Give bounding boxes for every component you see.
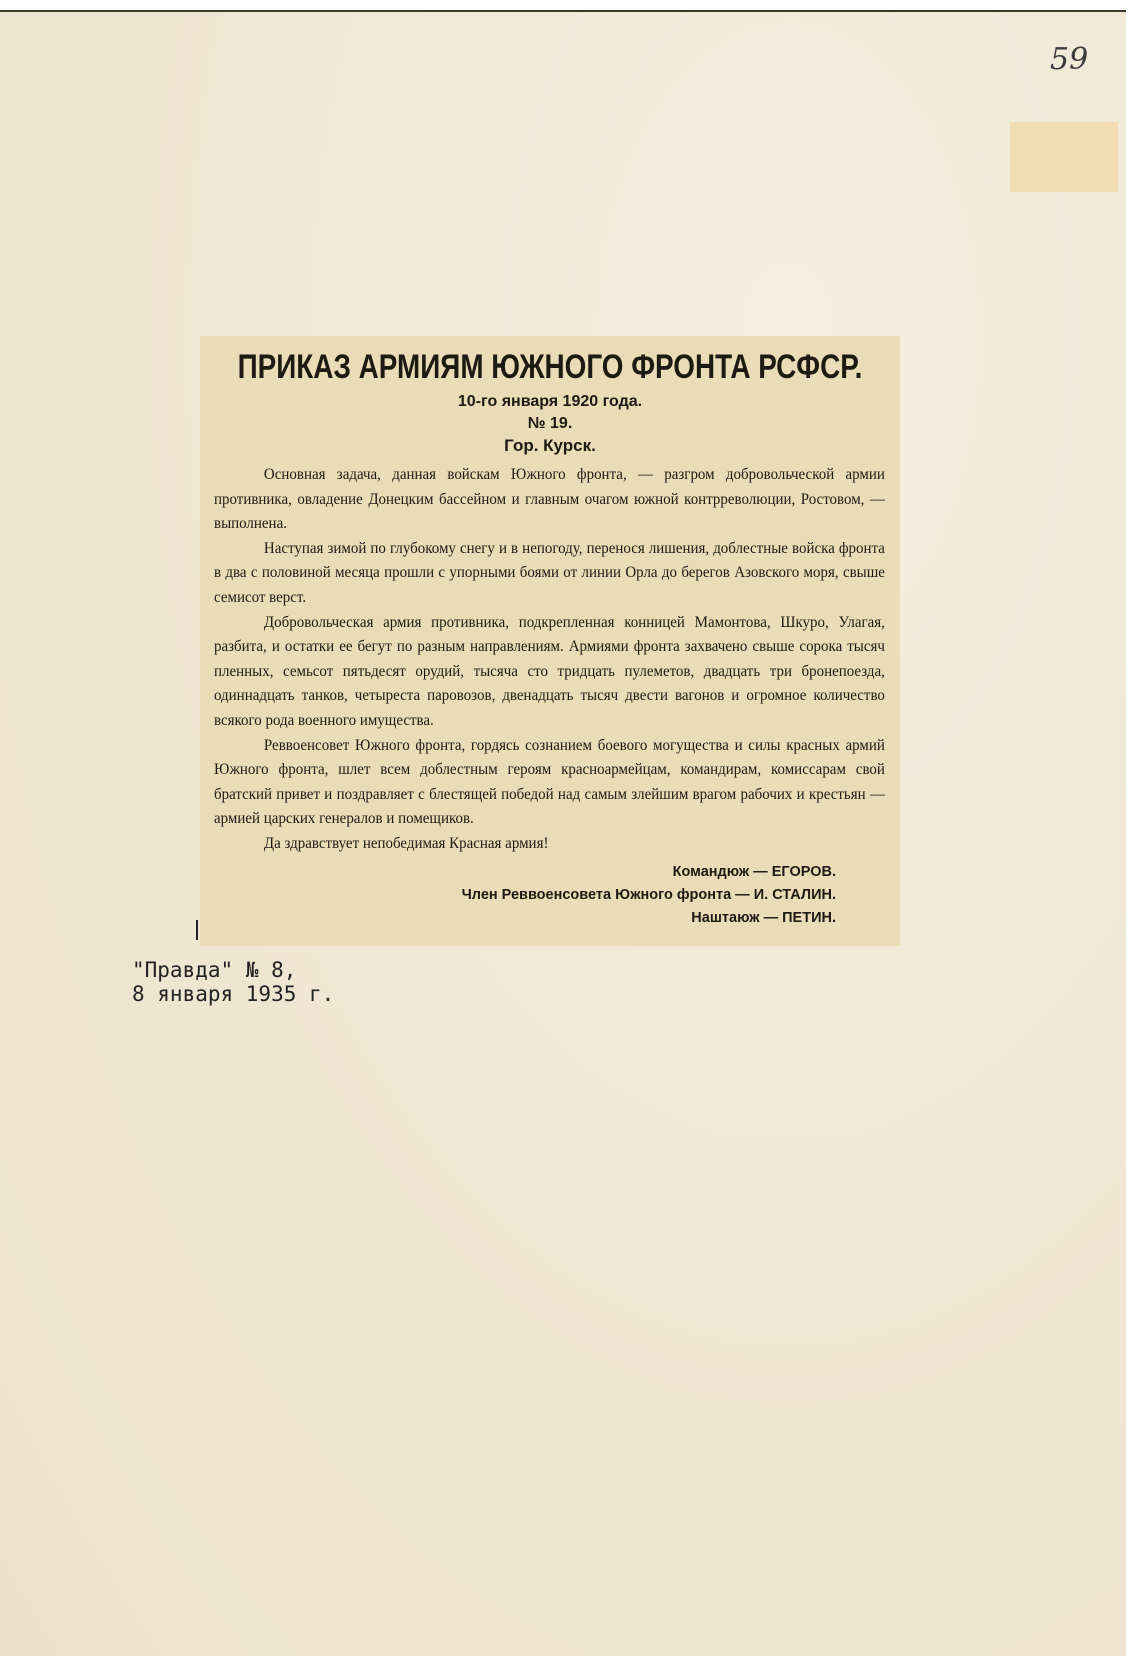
source-caption: "Правда" № 8, 8 января 1935 г. — [132, 958, 334, 1006]
paragraph: Основная задача, данная войскам Южного ф… — [214, 463, 885, 537]
paragraph: Наступая зимой по глубокому снегу и в не… — [214, 537, 885, 611]
paragraph: Да здравствует непобедимая Красная армия… — [214, 832, 885, 857]
paragraph: Реввоенсовет Южного фронта, гордясь созн… — [214, 734, 885, 832]
newspaper-clipping: ПРИКАЗ АРМИЯМ ЮЖНОГО ФРОНТА РСФСР. 10-го… — [200, 336, 900, 946]
caption-newspaper: "Правда" № 8, — [132, 958, 334, 982]
caption-date: 8 января 1935 г. — [132, 982, 334, 1006]
signatures: Командюж — ЕГОРОВ. Член Реввоенсовета Юж… — [214, 861, 886, 930]
order-body: Основная задача, данная войскам Южного ф… — [214, 463, 885, 857]
page-number: 59 — [1050, 42, 1088, 77]
signature-chief-of-staff: Наштаюж — ПЕТИН. — [214, 907, 836, 930]
paragraph: Добровольческая армия противника, подкре… — [214, 611, 885, 734]
order-number: № 19. — [214, 413, 886, 435]
order-city: Гор. Курск. — [214, 435, 886, 457]
margin-mark — [196, 920, 198, 940]
paper-stain — [1010, 122, 1118, 192]
order-date: 10-го января 1920 года. — [214, 391, 886, 413]
signature-council-member: Член Реввоенсовета Южного фронта — И. СТ… — [214, 884, 836, 907]
signature-commander: Командюж — ЕГОРОВ. — [214, 861, 836, 884]
order-title: ПРИКАЗ АРМИЯМ ЮЖНОГО ФРОНТА РСФСР. — [225, 348, 874, 387]
